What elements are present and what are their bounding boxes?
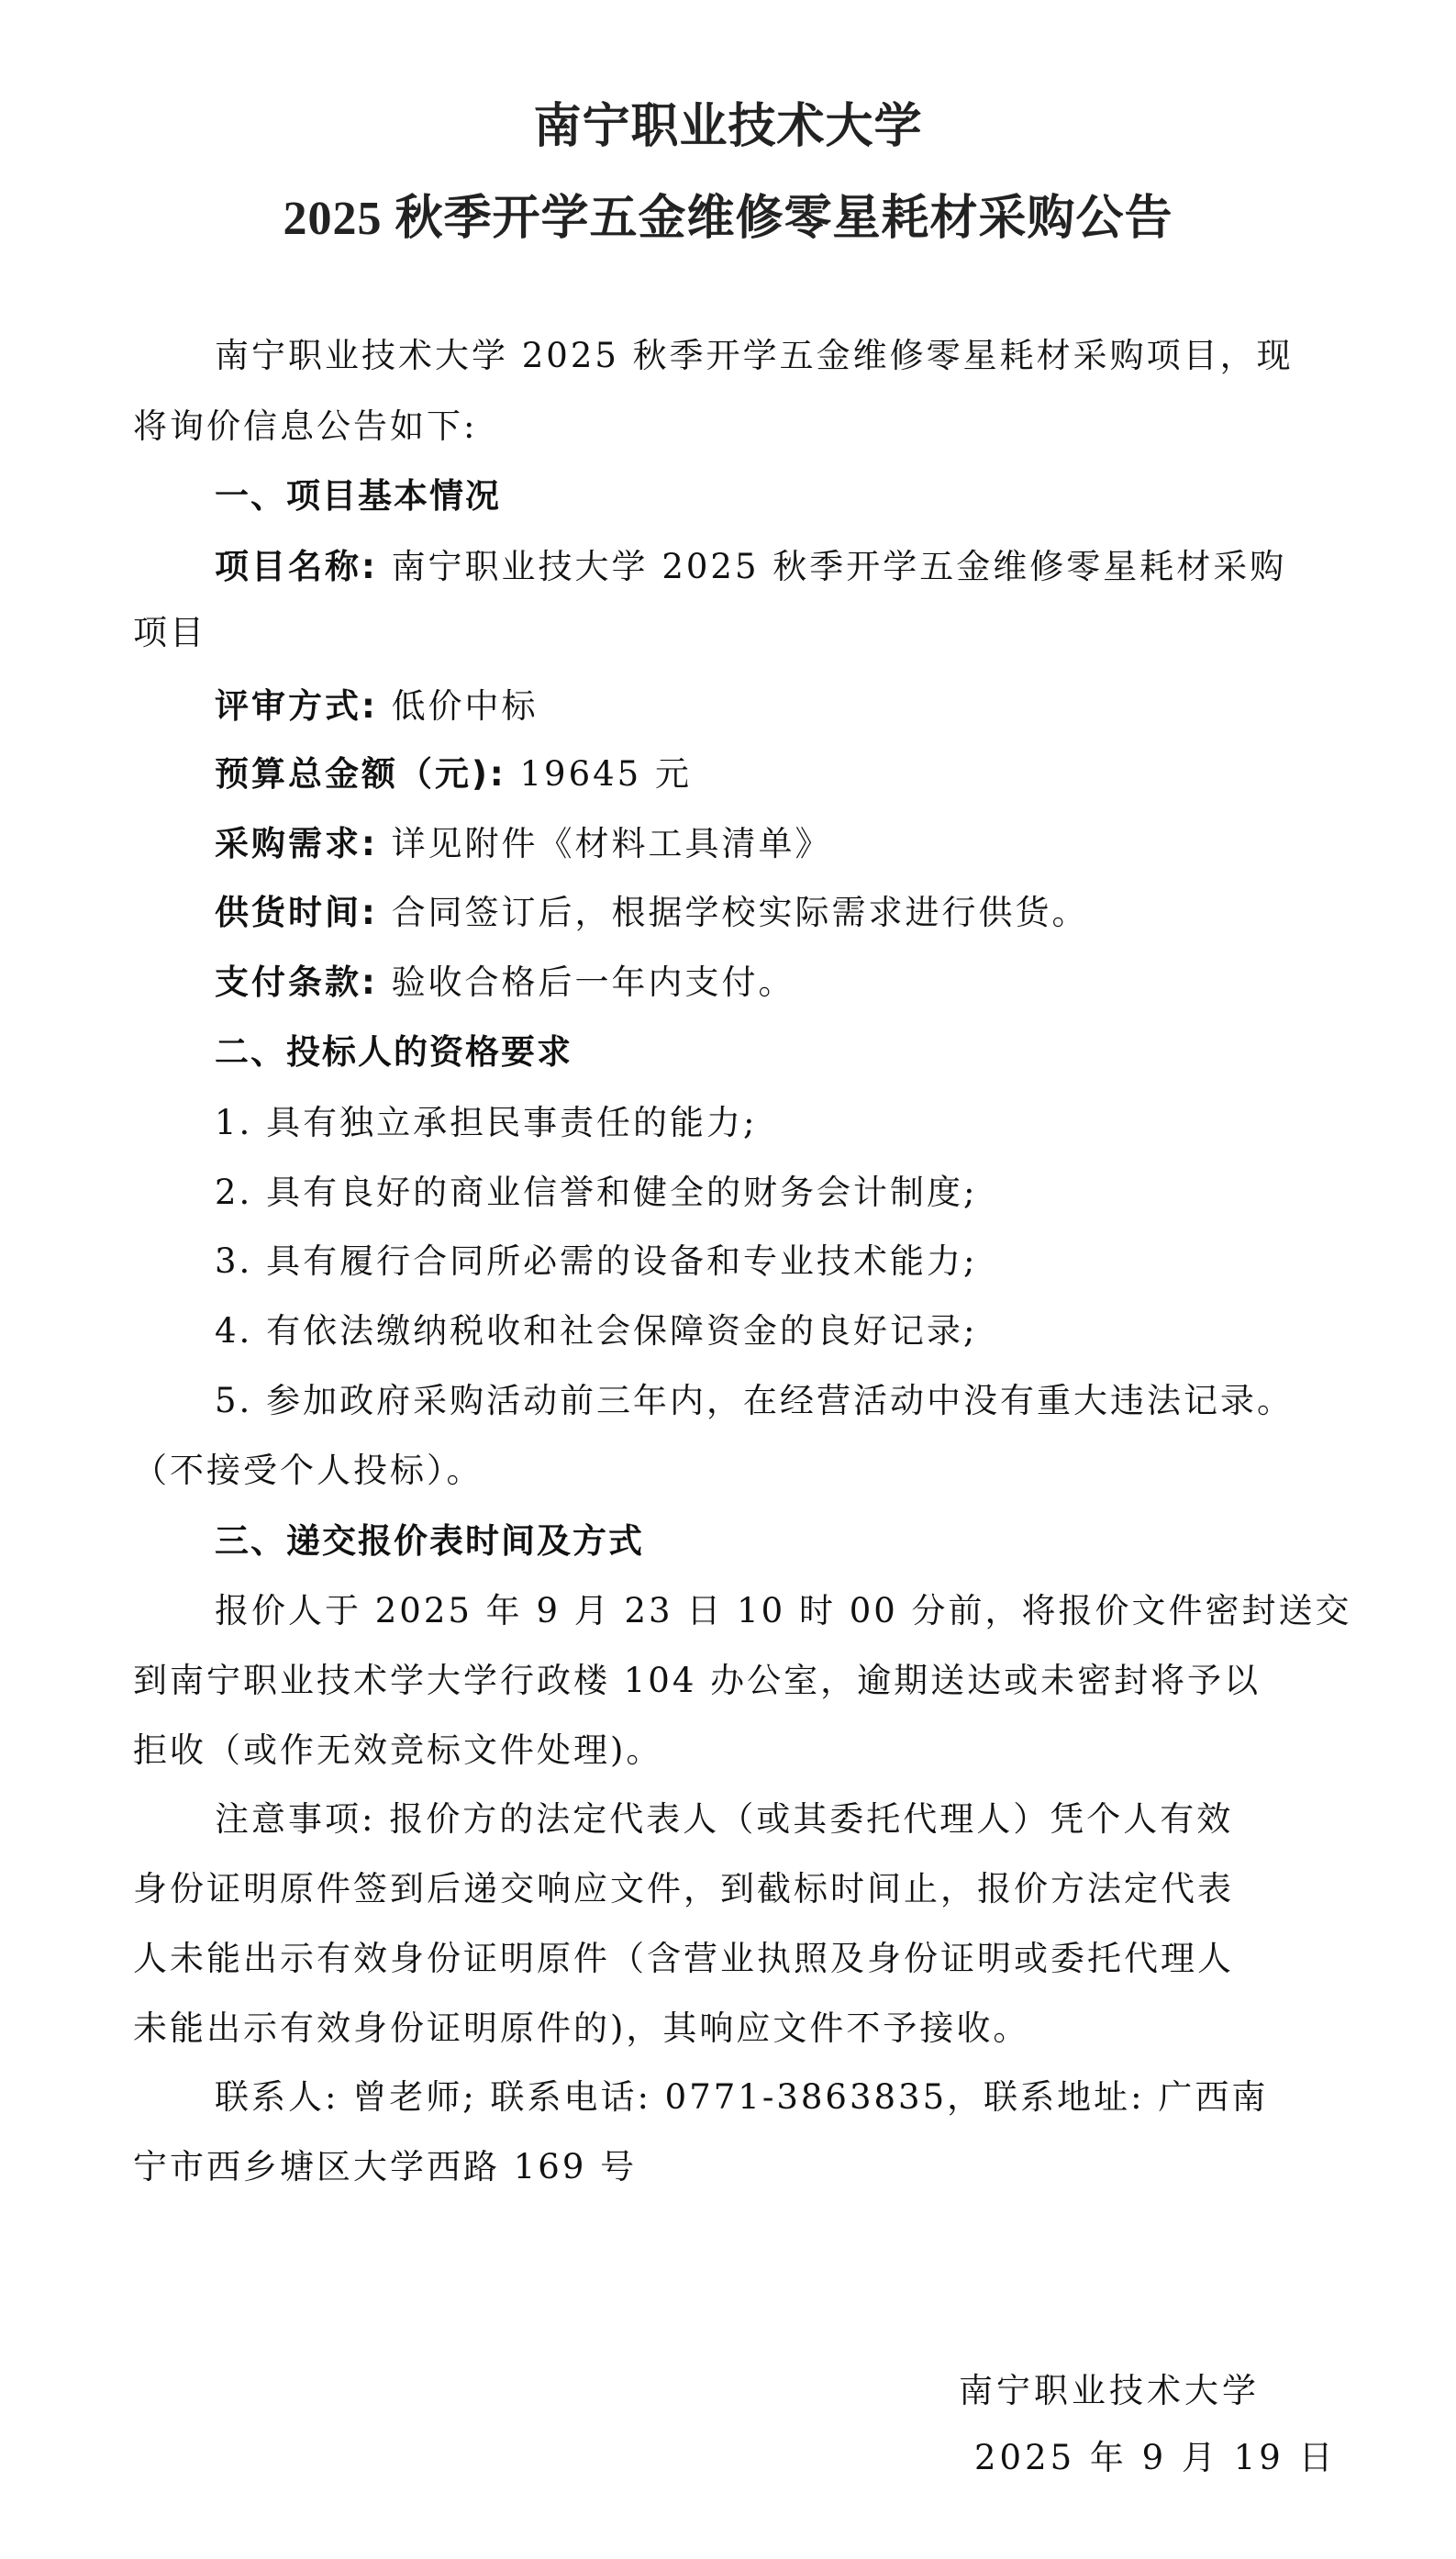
contact-line: 宁市西乡塘区大学西路 169 号 bbox=[133, 2144, 1344, 2190]
notice-line: 未能出示有效身份证明原件的)，其响应文件不予接收。 bbox=[133, 2006, 1344, 2052]
review-method-label: 评审方式: bbox=[215, 686, 378, 726]
payment-row: 支付条款: 验收合格后一年内支付。 bbox=[215, 960, 1426, 1006]
intro-line-1: 南宁职业技术大学 2025 秋季开学五金维修零星耗材采购项目，现 bbox=[215, 333, 1426, 379]
section1-heading: 一、项目基本情况 bbox=[215, 473, 1426, 519]
review-method-value: 低价中标 bbox=[392, 686, 539, 726]
payment-label: 支付条款: bbox=[215, 962, 378, 1002]
submission-line: 报价人于 2025 年 9 月 23 日 10 时 00 分前，将报价文件密封送… bbox=[215, 1588, 1426, 1634]
signature-org: 南宁职业技术大学 bbox=[959, 2363, 1260, 2412]
qualification-item: 1. 具有独立承担民事责任的能力; bbox=[215, 1100, 1426, 1146]
submission-line: 到南宁职业技术学大学行政楼 104 办公室，逾期送达或未密封将予以 bbox=[133, 1658, 1344, 1704]
signature-date: 2025 年 9 月 19 日 bbox=[974, 2430, 1337, 2479]
qualification-note: （不接受个人投标）。 bbox=[133, 1448, 1344, 1494]
delivery-value: 合同签订后，根据学校实际需求进行供货。 bbox=[392, 893, 1089, 932]
section3-heading: 三、递交报价表时间及方式 bbox=[215, 1519, 1426, 1564]
qualification-item: 4. 有依法缴纳税收和社会保障资金的良好记录; bbox=[215, 1308, 1426, 1354]
project-name-value-cont: 项目 bbox=[133, 610, 1344, 656]
qualification-item: 3. 具有履行合同所必需的设备和专业技术能力; bbox=[215, 1239, 1426, 1285]
qualification-item: 5. 参加政府采购活动前三年内，在经营活动中没有重大违法记录。 bbox=[215, 1378, 1426, 1424]
requirements-value: 详见附件《材料工具清单》 bbox=[392, 824, 832, 863]
delivery-row: 供货时间: 合同签订后，根据学校实际需求进行供货。 bbox=[215, 890, 1426, 936]
section2-heading: 二、投标人的资格要求 bbox=[215, 1029, 1426, 1075]
contact-line: 联系人: 曾老师; 联系电话: 0771-3863835，联系地址: 广西南 bbox=[215, 2075, 1426, 2120]
payment-value: 验收合格后一年内支付。 bbox=[392, 962, 795, 1002]
notice-line: 注意事项: 报价方的法定代表人（或其委托代理人）凭个人有效 bbox=[215, 1797, 1426, 1842]
intro-line-2: 将询价信息公告如下: bbox=[133, 404, 1344, 450]
budget-value: 19645 元 bbox=[519, 754, 691, 794]
project-name-row: 项目名称: 南宁职业技大学 2025 秋季开学五金维修零星耗材采购 bbox=[215, 544, 1426, 590]
budget-label: 预算总金额（元): bbox=[215, 754, 506, 794]
notice-line: 人未能出示有效身份证明原件（含营业执照及身份证明或委托代理人 bbox=[133, 1936, 1344, 1982]
requirements-label: 采购需求: bbox=[215, 824, 378, 863]
delivery-label: 供货时间: bbox=[215, 893, 378, 932]
requirements-row: 采购需求: 详见附件《材料工具清单》 bbox=[215, 821, 1426, 867]
title-line-2: 2025 秋季开学五金维修零星耗材采购公告 bbox=[0, 179, 1456, 248]
notice-line: 身份证明原件签到后递交响应文件，到截标时间止，报价方法定代表 bbox=[133, 1866, 1344, 1912]
review-method-row: 评审方式: 低价中标 bbox=[215, 684, 1426, 729]
project-name-label: 项目名称: bbox=[215, 547, 378, 586]
qualification-item: 2. 具有良好的商业信誉和健全的财务会计制度; bbox=[215, 1170, 1426, 1216]
submission-line: 拒收（或作无效竞标文件处理)。 bbox=[133, 1728, 1344, 1774]
budget-row: 预算总金额（元): 19645 元 bbox=[215, 751, 1426, 797]
title-line-1: 南宁职业技术大学 bbox=[0, 87, 1456, 156]
project-name-value: 南宁职业技大学 2025 秋季开学五金维修零星耗材采购 bbox=[392, 547, 1287, 586]
